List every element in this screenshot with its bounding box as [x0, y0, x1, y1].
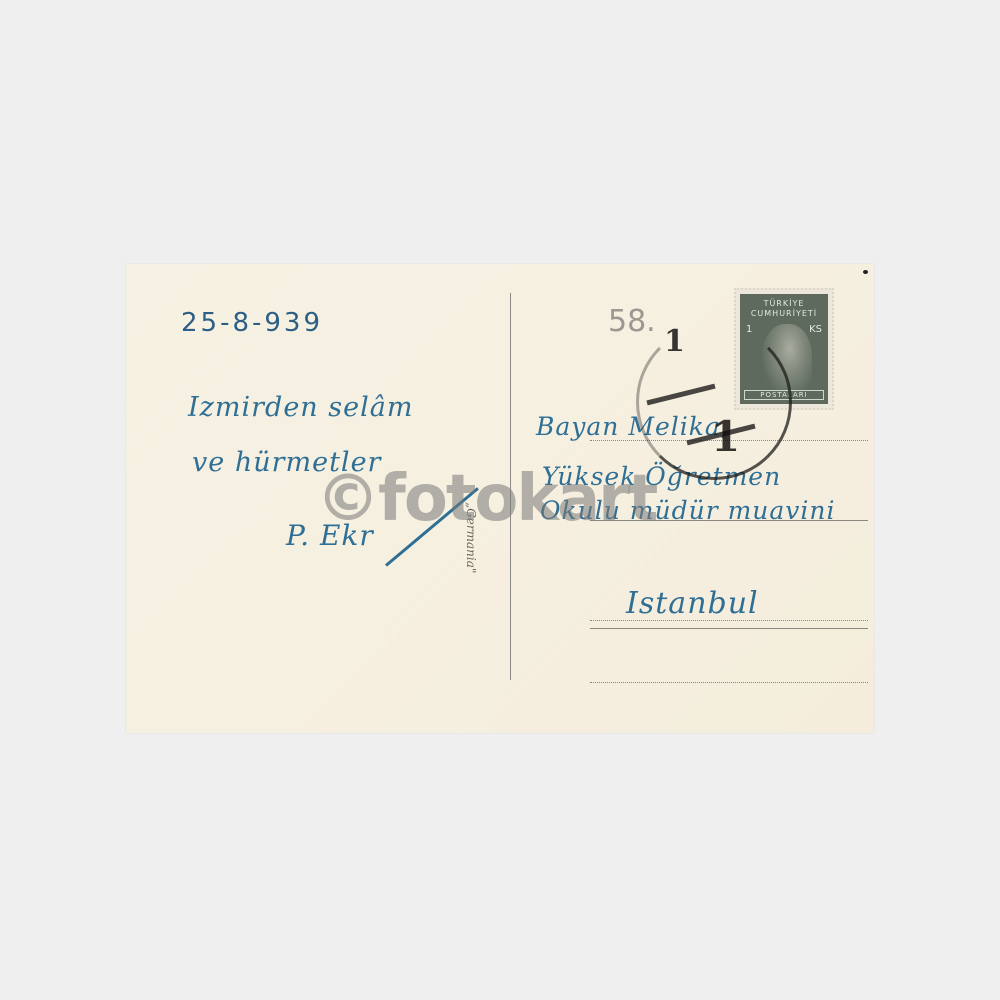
message-line-1: Izmirden selâm — [188, 392, 413, 423]
stamp-currency: KS — [809, 324, 822, 335]
postmark-bottom-mark: 1 — [711, 412, 740, 461]
stamp-country-2: CUMHURİYETİ — [740, 309, 828, 318]
address-line-rule-3b — [590, 628, 868, 629]
stamp-country-1: TÜRKİYE — [740, 299, 828, 308]
pencil-number: 58. — [608, 304, 656, 339]
address-line-rule-4 — [590, 682, 868, 683]
address-city: Istanbul — [626, 586, 759, 621]
ink-spot — [863, 270, 868, 274]
postmark-top-mark: 1 — [664, 324, 685, 359]
date-text: 25-8-939 — [181, 308, 323, 338]
watermark: ©fotokart — [316, 462, 656, 536]
